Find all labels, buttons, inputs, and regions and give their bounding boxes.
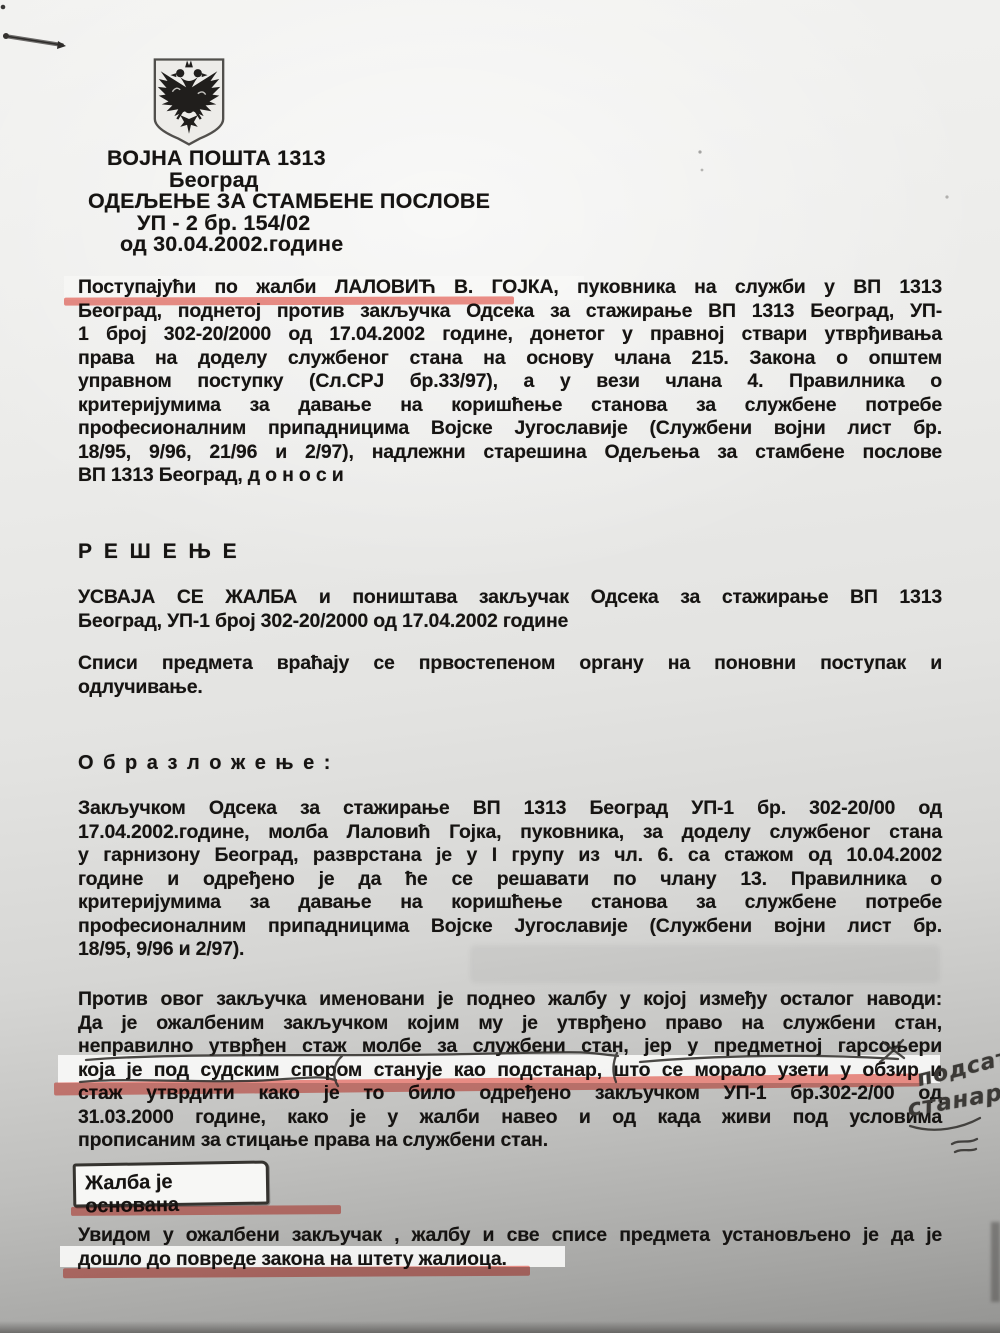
scanned-document-page: ВОЈНА ПОШТА 1313 Београд ОДЕЉЕЊЕ ЗА СТАМ… (0, 0, 1000, 1333)
page-edge-shadow (991, 1222, 1000, 1302)
pen-flourish (910, 1118, 980, 1130)
pen-squiggle (952, 1139, 977, 1152)
pen-underline-court-dispute (80, 1077, 336, 1082)
pen-bracket-open (334, 1056, 342, 1086)
pen-annotations (0, 0, 1000, 1333)
pen-bracket-close (613, 1053, 617, 1082)
